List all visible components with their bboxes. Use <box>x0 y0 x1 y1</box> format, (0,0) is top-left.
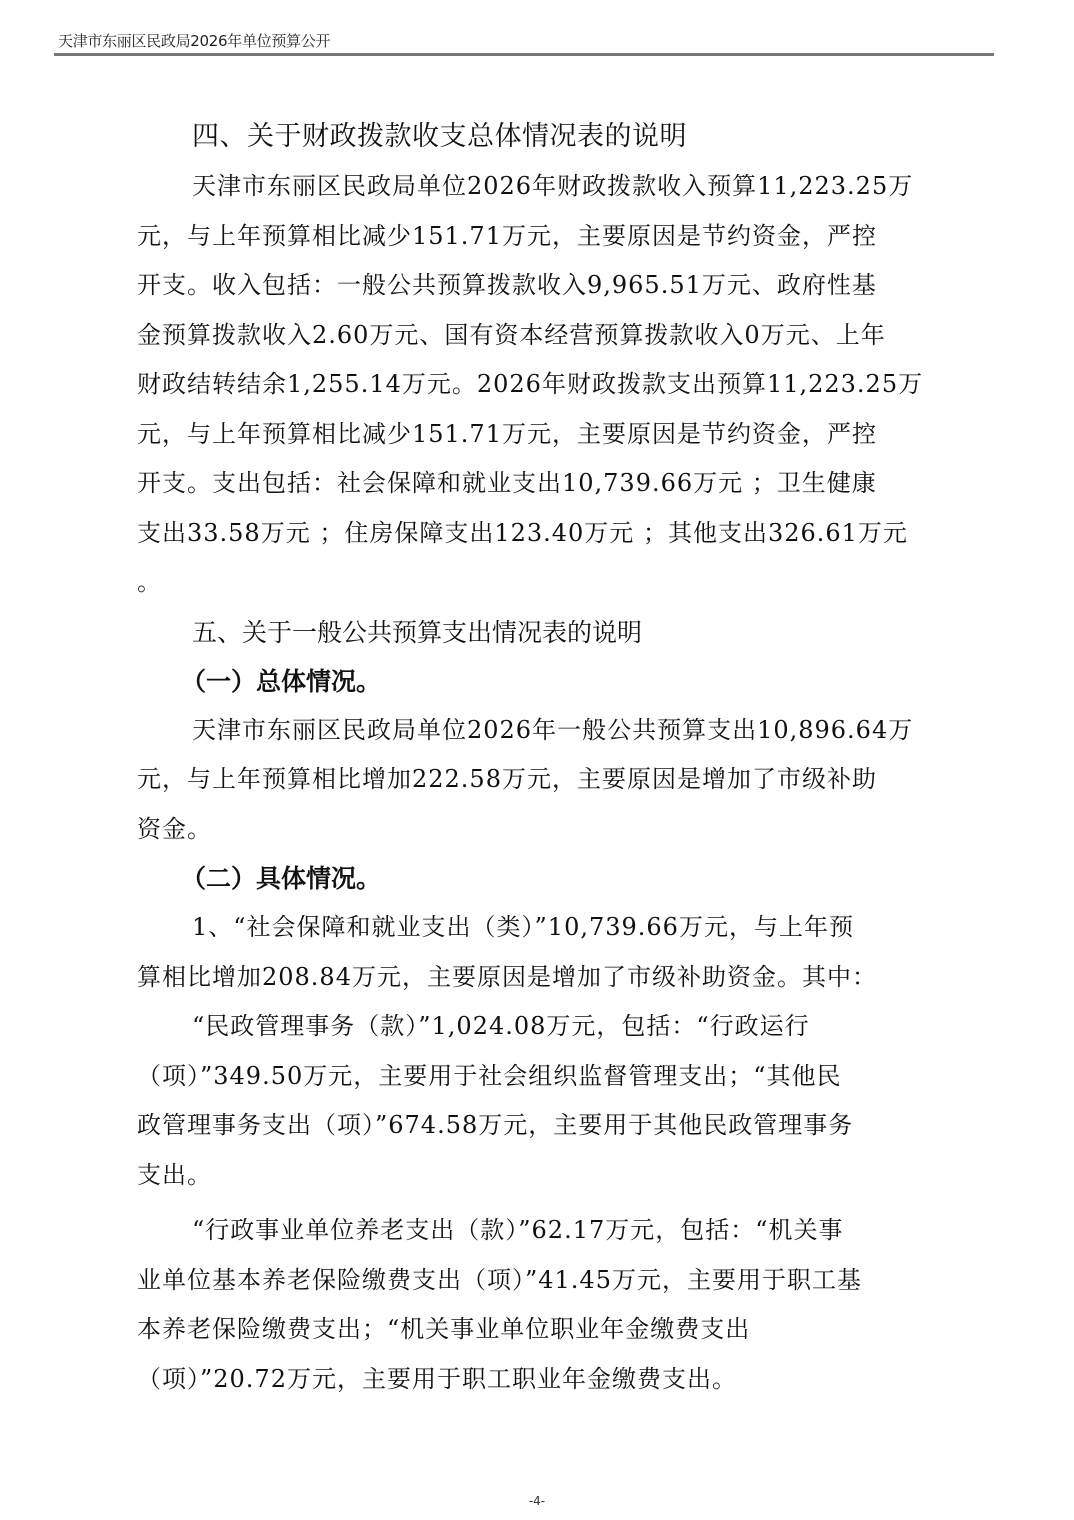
paragraph-line: 政管理事务支出（项）”674.58万元，主要用于其他民政管理事务 <box>137 1101 943 1151</box>
paragraph-line: 业单位基本养老保险缴费支出（项）”41.45万元，主要用于职工基 <box>137 1256 943 1306</box>
paragraph-line: 支出。 <box>137 1151 943 1201</box>
paragraph-line: 元，与上年预算相比减少151.71万元，主要原因是节约资金，严控 <box>137 410 943 460</box>
paragraph-line: 支出33.58万元 ；住房保障支出123.40万元 ；其他支出326.61万元 <box>137 509 943 559</box>
paragraph-line: 元，与上年预算相比增加222.58万元，主要原因是增加了市级补助 <box>137 755 943 805</box>
subsection-detail-heading: （二）具体情况。 <box>137 854 943 903</box>
document-header-title: 天津市东丽区民政局2026年单位预算公开 <box>58 30 330 51</box>
paragraph-line: 开支。收入包括：一般公共预算拨款收入9,965.51万元、政府性基 <box>137 261 943 311</box>
subsection-overall-heading: （一）总体情况。 <box>137 657 943 706</box>
paragraph-line: 金预算拨款收入2.60万元、国有资本经营预算拨款收入0万元、上年 <box>137 311 943 361</box>
section-4-heading: 四、关于财政拨款收支总体情况表的说明 <box>137 112 943 162</box>
page-number: -4- <box>0 1494 1074 1508</box>
paragraph-line: 本养老保险缴费支出；“机关事业单位职业年金缴费支出 <box>137 1305 943 1355</box>
paragraph-line: 算相比增加208.84万元，主要原因是增加了市级补助资金。其中： <box>137 953 943 1003</box>
header-divider <box>54 53 994 56</box>
detail-paragraph-pension: “行政事业单位养老支出（款）”62.17万元，包括：“机关事 业单位基本养老保险… <box>137 1206 943 1404</box>
paragraph-line: 元，与上年预算相比减少151.71万元，主要原因是节约资金，严控 <box>137 212 943 262</box>
paragraph-line: “民政管理事务（款）”1,024.08万元，包括：“行政运行 <box>137 1002 943 1052</box>
detail-paragraph-civil-affairs: “民政管理事务（款）”1,024.08万元，包括：“行政运行 （项）”349.5… <box>137 1002 943 1200</box>
paragraph-line: 。 <box>137 558 943 608</box>
section-4-paragraph: 天津市东丽区民政局单位2026年财政拨款收入预算11,223.25万 元，与上年… <box>137 162 943 608</box>
detail-paragraph-social-security: 1、“社会保障和就业支出（类）”10,739.66万元，与上年预 算相比增加20… <box>137 903 943 1002</box>
paragraph-line: 开支。支出包括：社会保障和就业支出10,739.66万元 ；卫生健康 <box>137 459 943 509</box>
section-5-heading: 五、关于一般公共预算支出情况表的说明 <box>137 608 943 657</box>
paragraph-line: 财政结转结余1,255.14万元。2026年财政拨款支出预算11,223.25万 <box>137 360 943 410</box>
paragraph-line: （项）”20.72万元，主要用于职工职业年金缴费支出。 <box>137 1355 943 1405</box>
paragraph-line: （项）”349.50万元，主要用于社会组织监督管理支出；“其他民 <box>137 1052 943 1102</box>
document-body: 四、关于财政拨款收支总体情况表的说明 天津市东丽区民政局单位2026年财政拨款收… <box>137 112 943 1404</box>
paragraph-line: “行政事业单位养老支出（款）”62.17万元，包括：“机关事 <box>137 1206 943 1256</box>
paragraph-line: 资金。 <box>137 805 943 855</box>
paragraph-line: 1、“社会保障和就业支出（类）”10,739.66万元，与上年预 <box>137 903 943 953</box>
subsection-overall-paragraph: 天津市东丽区民政局单位2026年一般公共预算支出10,896.64万 元，与上年… <box>137 706 943 855</box>
paragraph-line: 天津市东丽区民政局单位2026年一般公共预算支出10,896.64万 <box>137 706 943 756</box>
paragraph-line: 天津市东丽区民政局单位2026年财政拨款收入预算11,223.25万 <box>137 162 943 212</box>
